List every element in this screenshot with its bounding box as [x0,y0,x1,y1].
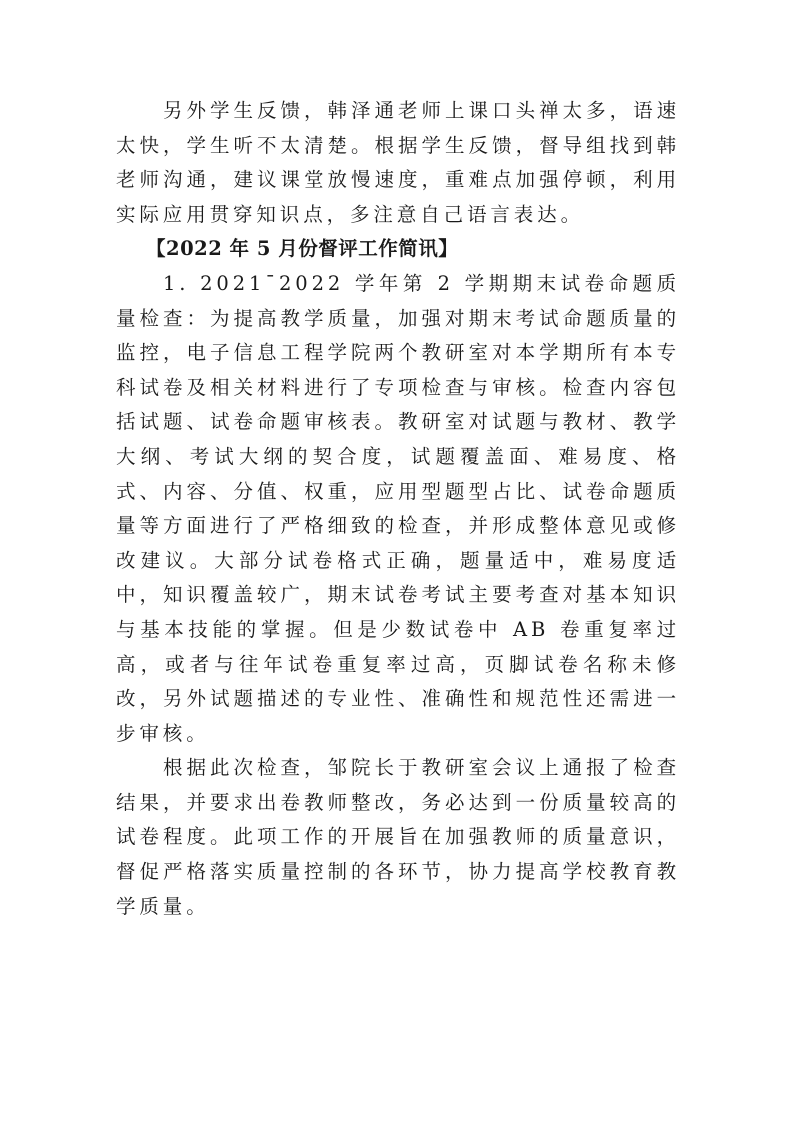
paragraph-check-result: 根据此次检查，邹院长于教研室会议上通报了检查结果，并要求出卷教师整改，务必达到一… [116,751,680,924]
section-heading: 【2022 年 5 月份督评工作简讯】 [116,232,680,267]
document-page: 另外学生反馈，韩泽通老师上课口头禅太多，语速太快，学生听不太清楚。根据学生反馈，… [116,94,680,924]
paragraph-student-feedback: 另外学生反馈，韩泽通老师上课口头禅太多，语速太快，学生听不太清楚。根据学生反馈，… [116,94,680,232]
paragraph-exam-quality-check: 1. 2021¯2022 学年第 2 学期期末试卷命题质量检查：为提高教学质量，… [116,267,680,751]
